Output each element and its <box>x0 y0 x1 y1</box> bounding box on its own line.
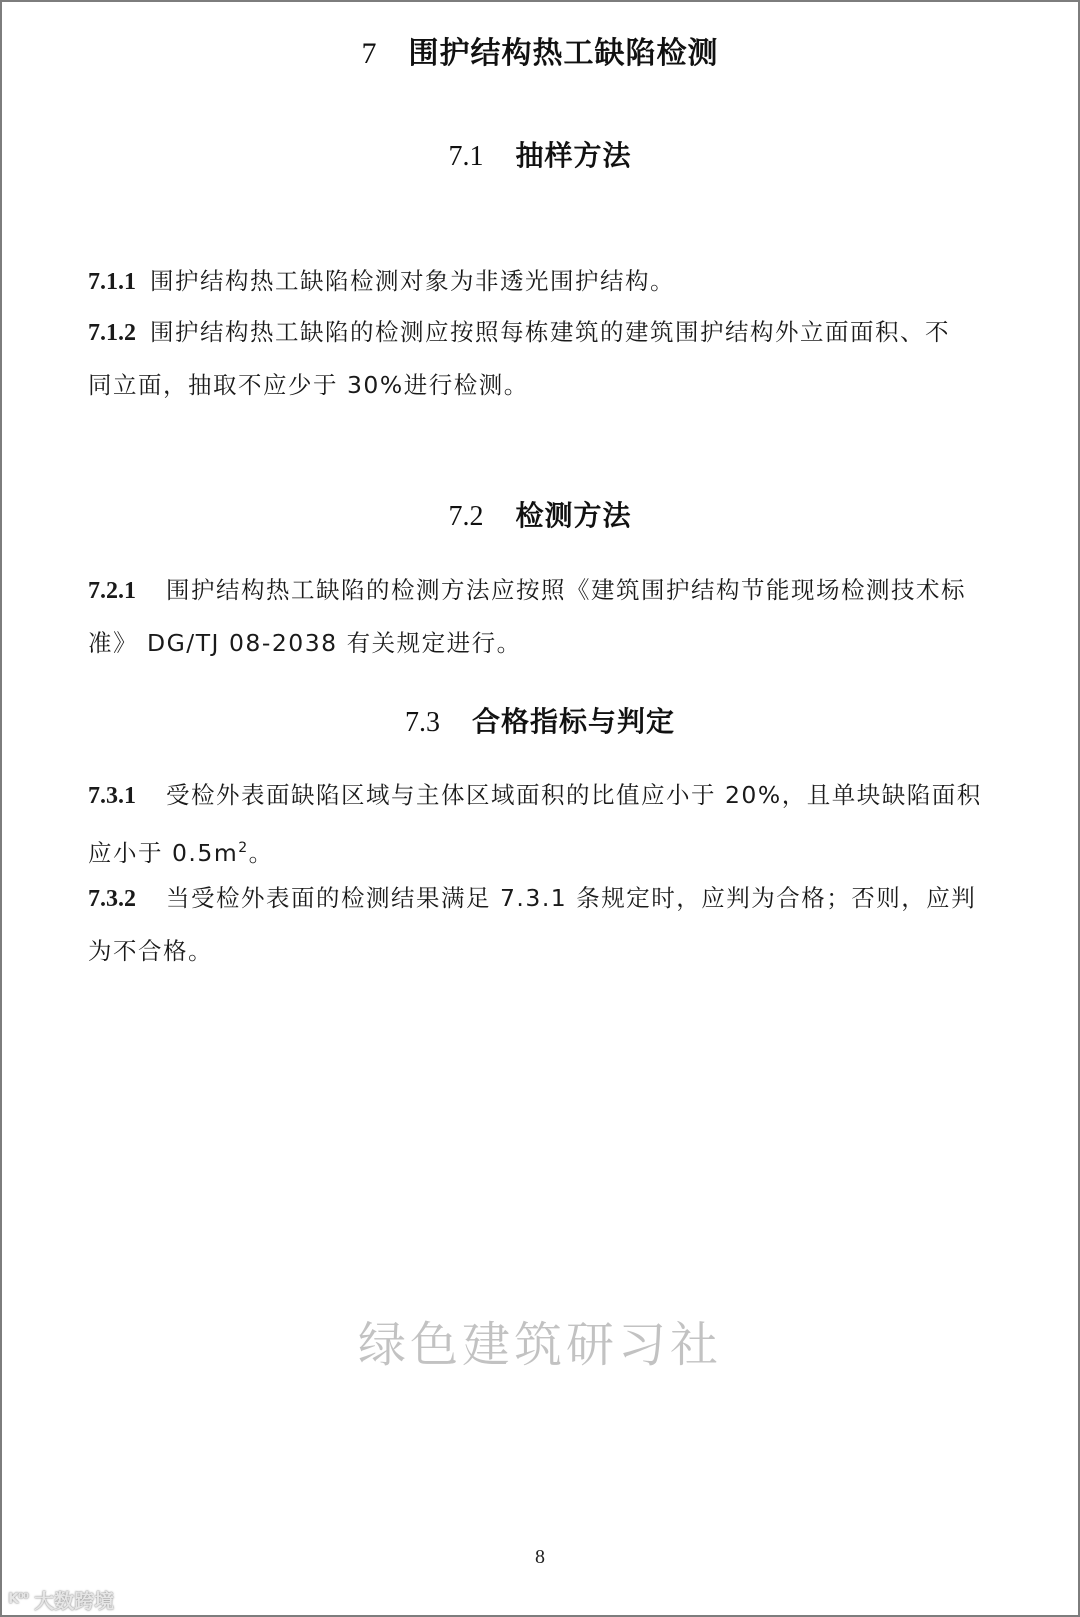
section-title: 合格指标与判定 <box>472 705 675 738</box>
clause-number: 7.1.1 <box>88 269 136 295</box>
clause-text: 围护结构热工缺陷检测对象为非透光围护结构。 <box>150 267 675 295</box>
section-heading-7-1: 7.1抽样方法 <box>0 134 1080 174</box>
clause-number: 7.3.2 <box>88 886 136 912</box>
section-heading-7-2: 7.2检测方法 <box>0 494 1080 534</box>
clause-text-continued: 应小于 0.5m <box>88 839 238 867</box>
logo-text: 大数跨境 <box>34 1585 114 1614</box>
clause-7-1-1: 7.1.1围护结构热工缺陷检测对象为非透光围护结构。 <box>88 255 1000 308</box>
clause-number: 7.3.1 <box>88 783 136 809</box>
clause-number: 7.2.1 <box>88 578 136 604</box>
superscript: 2 <box>238 840 248 856</box>
clause-text-continued: 同立面，抽取不应少于 30%进行检测。 <box>88 359 1000 411</box>
clause-number: 7.1.2 <box>88 320 136 346</box>
section-number: 7.3 <box>405 707 440 738</box>
clause-7-2-1: 7.2.1围护结构热工缺陷的检测方法应按照《建筑围护结构节能现场检测技术标 准》… <box>88 564 1000 669</box>
chapter-title: 围护结构热工缺陷检测 <box>409 36 719 71</box>
page-number: 8 <box>0 1546 1080 1569</box>
clause-text: 受检外表面缺陷区域与主体区域面积的比值应小于 20%，且单块缺陷面积 <box>166 781 982 809</box>
clause-text-continued: 准》 DG/TJ 08-2038 有关规定进行。 <box>88 617 1000 669</box>
section-title: 检测方法 <box>515 499 631 532</box>
source-logo: K⁰⁰ 大数跨境 <box>8 1585 114 1613</box>
clause-text: 围护结构热工缺陷的检测应按照每栋建筑的建筑围护结构外立面面积、不 <box>150 318 950 346</box>
clause-text-end: 。 <box>249 839 274 867</box>
section-number: 7.1 <box>448 141 483 172</box>
section-heading-7-3: 7.3合格指标与判定 <box>0 700 1080 740</box>
chapter-number: 7 <box>362 37 377 70</box>
clause-text: 围护结构热工缺陷的检测方法应按照《建筑围护结构节能现场检测技术标 <box>166 576 966 604</box>
section-number: 7.2 <box>448 501 483 532</box>
clause-text: 当受检外表面的检测结果满足 7.3.1 条规定时，应判为合格；否则，应判 <box>166 884 976 912</box>
section-title: 抽样方法 <box>515 139 631 172</box>
logo-mark-icon: K⁰⁰ <box>8 1591 28 1607</box>
watermark-text: 绿色建筑研习社 <box>0 1306 1080 1375</box>
clause-text-continued: 为不合格。 <box>88 925 1000 977</box>
clause-7-1-2: 7.1.2围护结构热工缺陷的检测应按照每栋建筑的建筑围护结构外立面面积、不 同立… <box>88 306 1000 411</box>
clause-7-3-1: 7.3.1受检外表面缺陷区域与主体区域面积的比值应小于 20%，且单块缺陷面积 … <box>88 769 1000 879</box>
clause-7-3-2: 7.3.2当受检外表面的检测结果满足 7.3.1 条规定时，应判为合格；否则，应… <box>88 872 1000 977</box>
chapter-heading: 7围护结构热工缺陷检测 <box>0 28 1080 72</box>
